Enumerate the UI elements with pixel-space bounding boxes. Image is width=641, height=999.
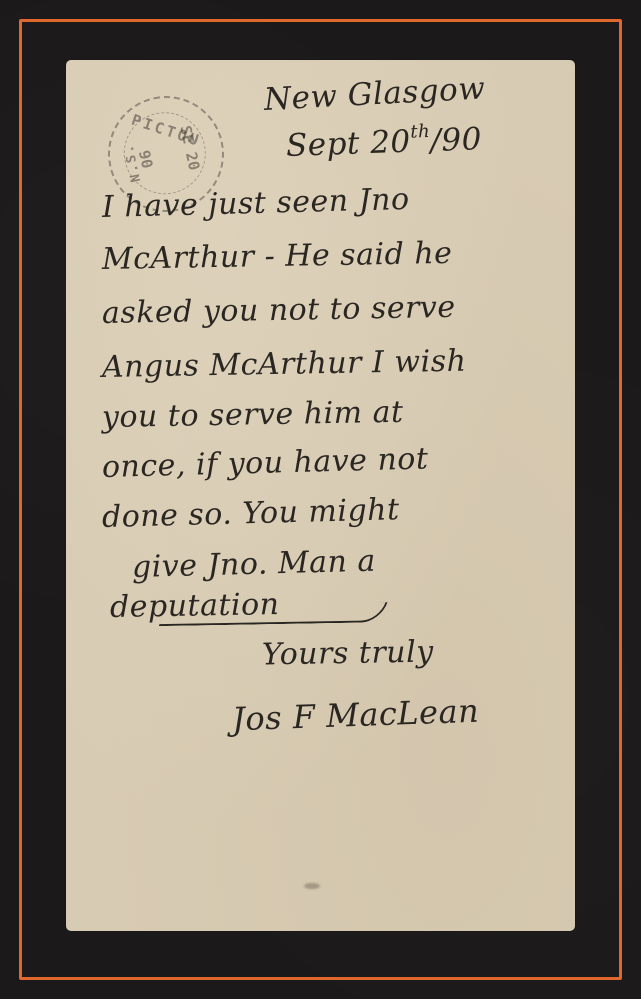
letter-line: you to serve him at	[102, 395, 404, 435]
letter-date-suffix: th	[410, 121, 431, 143]
postcard: PICTOU N.S. SE 20 90 New Glasgow Sept 20…	[66, 60, 575, 931]
letter-line: Angus McArthur I wish	[102, 344, 467, 385]
letter-signature: Jos F MacLean	[231, 692, 479, 739]
letter-date-year: /90	[430, 121, 483, 159]
page-background: PICTOU N.S. SE 20 90 New Glasgow Sept 20…	[0, 0, 641, 999]
letter-date: Sept 20th/90	[285, 119, 482, 164]
letter-closing: Yours truly	[262, 635, 434, 673]
letter-line: I have just seen Jno	[102, 182, 410, 225]
ink-smudge	[304, 883, 320, 889]
postmark-year: 90	[135, 149, 156, 170]
letter-line-last: deputation	[110, 587, 280, 625]
letter-line: once, if you have not	[102, 441, 429, 485]
letter-place: New Glasgow	[263, 70, 486, 118]
letter-line: McArthur - He said he	[102, 236, 453, 277]
letter-line: give Jno. Man a	[132, 544, 377, 585]
letter-date-day: Sept 20	[285, 124, 411, 164]
letter-line: asked you not to serve	[102, 290, 456, 331]
letter-line: done so. You might	[102, 492, 400, 535]
underline-flourish	[159, 602, 388, 626]
